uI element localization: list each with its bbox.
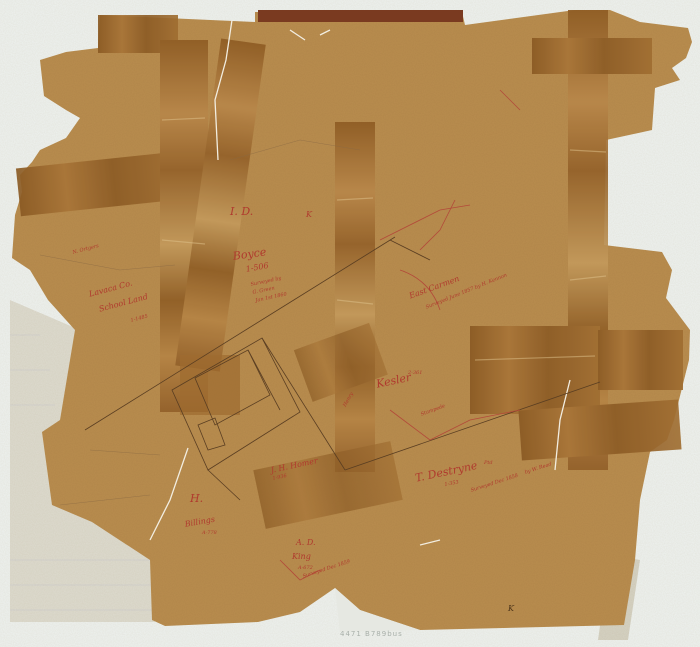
archive-stamp: 4471 B789bus: [340, 630, 403, 638]
survey-map: [0, 0, 700, 647]
label-h-initial: H.: [190, 492, 203, 505]
label-kesler-number: 2-361: [408, 370, 422, 376]
label-billings-number: A-778: [202, 530, 217, 536]
top-binding-strip: [258, 10, 463, 22]
label-mid-k: K: [306, 210, 312, 219]
label-ad-initials: A. D.: [296, 538, 316, 547]
label-destryne-ptd: Ptd: [484, 460, 493, 466]
label-bottom-k: K: [508, 604, 514, 613]
label-ld-boyce-initials: I. D.: [230, 205, 253, 218]
label-king: King: [292, 552, 311, 561]
